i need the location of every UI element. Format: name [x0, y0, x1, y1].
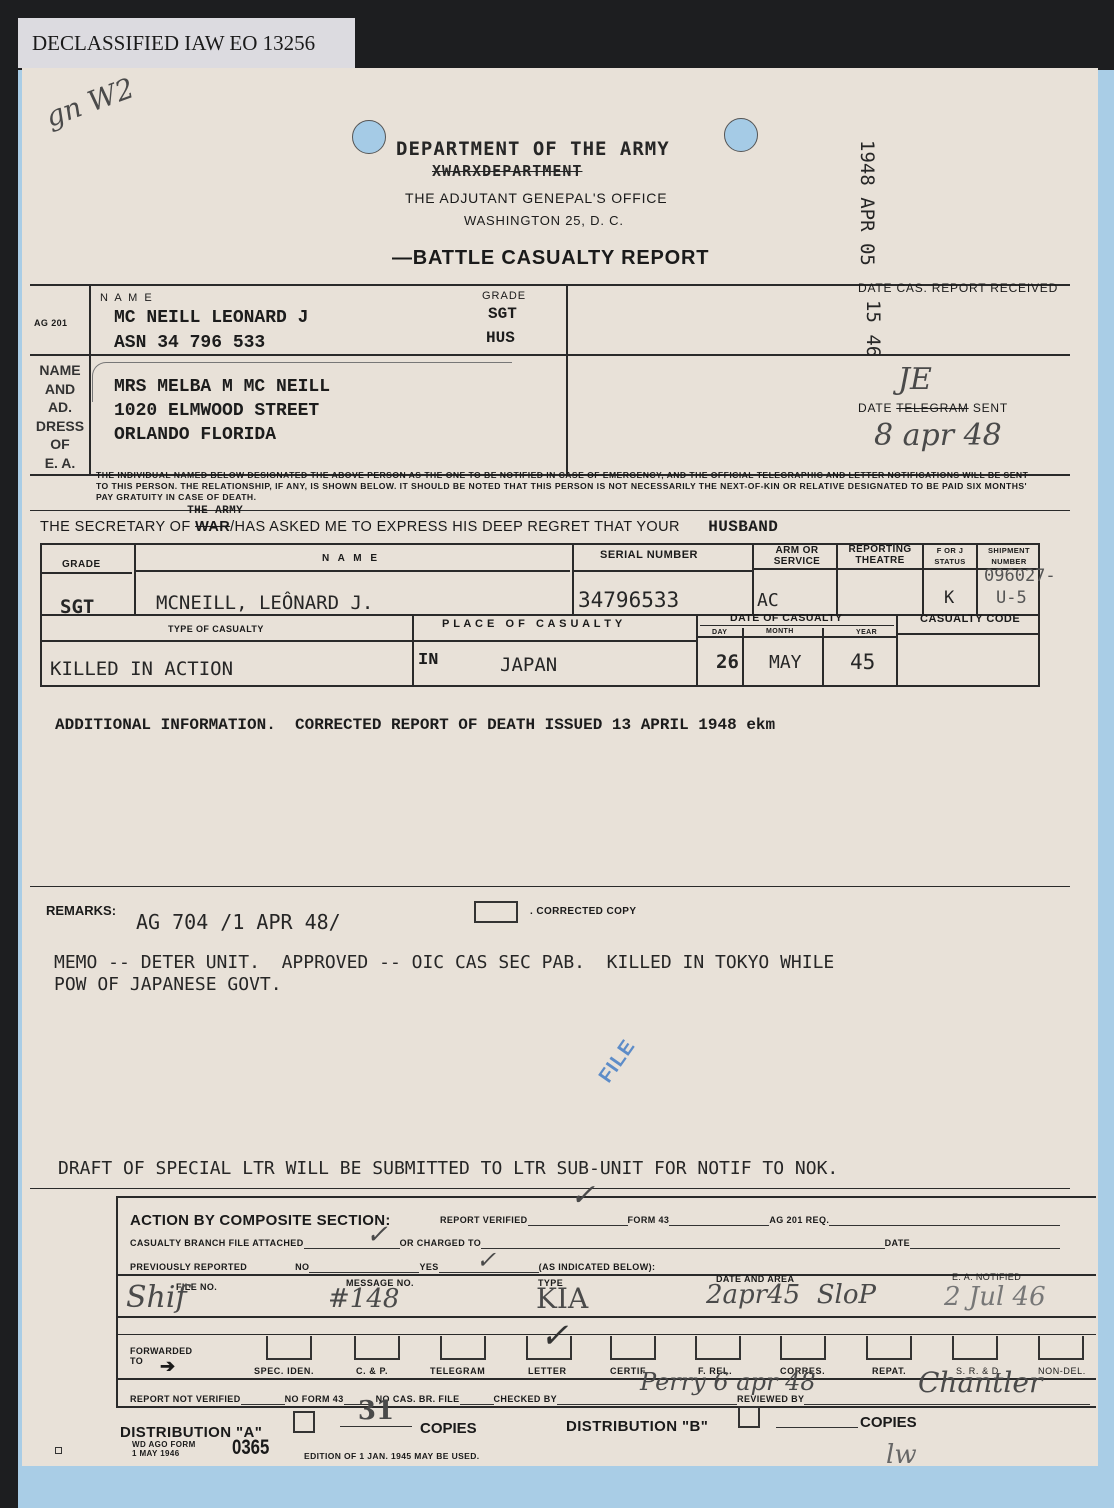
- divider: [118, 1316, 1096, 1318]
- date-received-label: DATE CAS. REPORT RECEIVED: [858, 281, 1058, 295]
- divider: [42, 640, 412, 642]
- value-type: KIA: [536, 1282, 588, 1315]
- divider: [30, 354, 1070, 356]
- row-day: 26: [716, 651, 739, 673]
- arrow-right-icon: ➔: [160, 1356, 175, 1377]
- forward-label: LETTER: [528, 1366, 567, 1376]
- memo-line-1: MEMO -- DETER UNIT. APPROVED -- OIC CAS …: [54, 952, 834, 973]
- distribution-b-checkbox[interactable]: [738, 1406, 760, 1428]
- forward-label: SPEC. IDEN.: [254, 1366, 314, 1376]
- office-city: WASHINGTON 25, D. C.: [464, 213, 624, 228]
- row-shipment-1: 096027-: [984, 566, 1056, 586]
- received-date-stamp: 1948 APR 05: [856, 140, 878, 270]
- header-code: CASUALTY CODE: [920, 613, 1020, 625]
- reviewed-by-signature: Chantler: [918, 1366, 1042, 1399]
- divider: [136, 570, 570, 572]
- distribution-a-checkbox[interactable]: [293, 1411, 315, 1433]
- forward-corres-checkbox[interactable]: [780, 1336, 826, 1360]
- report-title: —BATTLE CASUALTY REPORT: [392, 247, 709, 270]
- header-grade: GRADE: [62, 559, 101, 570]
- date-received-value: 15 46: [862, 300, 884, 390]
- header-status: F OR J STATUS: [924, 545, 976, 567]
- punch-hole-left: [352, 120, 386, 154]
- corrected-copy-checkbox[interactable]: [474, 901, 518, 923]
- memo-line-2: POW OF JAPANESE GOVT.: [54, 974, 282, 995]
- divider: [752, 543, 754, 615]
- row-serial: 34796533: [578, 588, 679, 612]
- row-arm: AC: [757, 590, 779, 611]
- divider: [700, 625, 894, 626]
- header-name: N A M E: [322, 553, 380, 564]
- value-ea-notified: 2 Jul 46: [944, 1282, 1046, 1312]
- name-label: N A M E: [100, 292, 154, 304]
- forward-non-del-checkbox[interactable]: [1038, 1336, 1084, 1360]
- ag-201-label: AG 201: [34, 318, 67, 329]
- file-attached-field: CASUALTY BRANCH FILE ATTACHED OR CHARGED…: [130, 1238, 1060, 1249]
- divider: [30, 510, 1070, 511]
- corner-square-icon: [55, 1447, 62, 1454]
- header-year: YEAR: [856, 627, 877, 638]
- divider: [89, 284, 91, 474]
- form-label: WD AGO FORM 1 MAY 1946: [132, 1440, 196, 1458]
- forward-telegram-checkbox[interactable]: [440, 1336, 486, 1360]
- row-year: 45: [850, 650, 875, 674]
- remarks-ref: AG 704 /1 APR 48/: [136, 910, 341, 934]
- date-telegram-value: 8 apr 48: [874, 418, 1002, 453]
- distribution-a-copies: 31: [340, 1396, 412, 1427]
- forward-repat-checkbox[interactable]: [866, 1336, 912, 1360]
- header-shipment: SHIPMENT NUMBER: [978, 545, 1040, 567]
- divider: [134, 543, 136, 615]
- address-line-city: ORLANDO FLORIDA: [114, 425, 276, 445]
- header-month: MONTH: [766, 626, 794, 637]
- header-arm: ARM OR SERVICE: [762, 545, 832, 567]
- address-line-street: 1020 ELMWOOD STREET: [114, 401, 319, 421]
- divider: [118, 1334, 1096, 1335]
- department-title: DEPARTMENT OF THE ARMY: [396, 138, 670, 160]
- check-mark: ✓: [476, 1246, 496, 1274]
- divider: [566, 284, 568, 474]
- value-date-area: 2apr45 SloP: [706, 1280, 876, 1310]
- regret-line: THE SECRETARY OF WAR THE ARMY /HAS ASKED…: [40, 518, 778, 536]
- header-type: TYPE OF CASUALTY: [168, 624, 264, 635]
- divider: [572, 543, 574, 615]
- distribution-b-copies-label: COPIES: [860, 1414, 917, 1431]
- forward-c-p-checkbox[interactable]: [354, 1336, 400, 1360]
- forward-label: TELEGRAM: [430, 1366, 485, 1376]
- additional-info: ADDITIONAL INFORMATION. CORRECTED REPORT…: [55, 716, 775, 734]
- relation-code: HUS: [486, 329, 515, 347]
- remarks-label: REMARKS:: [46, 903, 116, 918]
- row-place-prefix: IN: [418, 651, 438, 670]
- header-date: DATE OF CASUALTY: [730, 612, 843, 624]
- divider: [696, 614, 698, 687]
- office-title: THE ADJUTANT GENEPAL'S OFFICE: [405, 190, 667, 206]
- header-day: DAY: [712, 627, 727, 638]
- divider: [574, 570, 752, 572]
- distribution-b-copies[interactable]: [776, 1410, 858, 1428]
- action-title: ACTION BY COMPOSITE SECTION:: [130, 1212, 391, 1229]
- soldier-grade: SGT: [488, 305, 517, 323]
- struck-department: XWARXDEPARTMENT: [432, 162, 582, 180]
- checked-by-signature: Perry 6 apr 48: [640, 1368, 816, 1396]
- distribution-a-copies-label: COPIES: [420, 1420, 477, 1437]
- forward-label: REPAT.: [872, 1366, 906, 1376]
- forward-label: C. & P.: [356, 1366, 388, 1376]
- grade-label: GRADE: [482, 290, 526, 302]
- forward-certif-checkbox[interactable]: [610, 1336, 656, 1360]
- forward-label: NON-DEL.: [1038, 1366, 1086, 1376]
- divider: [414, 640, 696, 642]
- row-month: MAY: [769, 652, 802, 673]
- divider: [898, 633, 1040, 635]
- edition-note: EDITION OF 1 JAN. 1945 MAY BE USED.: [304, 1451, 480, 1462]
- declassified-label: DECLASSIFIED IAW EO 13256: [18, 18, 355, 68]
- soldier-asn: ASN 34 796 533: [114, 333, 265, 353]
- address-side-label: NAME AND AD. DRESS OF E. A.: [32, 361, 88, 472]
- forward-spec-iden-checkbox[interactable]: [266, 1336, 312, 1360]
- row-name: MCNEILL, LEÔNARD J.: [156, 592, 373, 614]
- letter-check-mark: ✓: [540, 1316, 569, 1356]
- row-place: JAPAN: [500, 654, 557, 676]
- divider: [896, 614, 898, 687]
- divider: [412, 614, 414, 687]
- footer-initials: lw: [886, 1440, 917, 1470]
- header-serial: SERIAL NUMBER: [600, 549, 698, 561]
- row-shipment-2: U-5: [996, 588, 1027, 608]
- check-mark: ✓: [366, 1220, 388, 1250]
- divider: [40, 614, 1040, 616]
- corrected-copy-label: . CORRECTED COPY: [530, 906, 636, 917]
- divider: [30, 886, 1070, 887]
- value-message-no: #148: [328, 1284, 399, 1314]
- soldier-name: MC NEILL LEONARD J: [114, 308, 308, 328]
- divider: [30, 1188, 1070, 1189]
- distribution-b-label: DISTRIBUTION "B": [566, 1418, 708, 1435]
- previously-reported-field: PREVIOUSLY REPORTED NO YES (AS INDICATED…: [130, 1262, 730, 1273]
- row-grade: SGT: [60, 596, 94, 618]
- draft-line: DRAFT OF SPECIAL LTR WILL BE SUBMITTED T…: [58, 1158, 838, 1179]
- header-place: P L A C E O F C A S U A L T Y: [442, 618, 623, 630]
- report-verified-field: REPORT VERIFIED FORM 43 AG 201 REQ.: [440, 1215, 1060, 1226]
- row-status: K: [944, 588, 954, 608]
- header-theatre: REPORTING THEATRE: [838, 544, 922, 566]
- divider: [40, 572, 132, 574]
- address-line-name: MRS MELBA M MC NEILL: [114, 377, 330, 397]
- forward-srd-checkbox[interactable]: [952, 1336, 998, 1360]
- notice-text: THE INDIVIDUAL NAMED BELOW DESIGNATED TH…: [96, 470, 1040, 503]
- check-mark: ✓: [570, 1178, 595, 1213]
- divider: [118, 1274, 1096, 1276]
- value-file-no: Shif: [126, 1280, 187, 1315]
- punch-hole-right: [724, 118, 758, 152]
- forward-f-rel-checkbox[interactable]: [695, 1336, 741, 1360]
- date-telegram-label: DATE TELEGRAM SENT: [858, 401, 1008, 415]
- row-type: KILLED IN ACTION: [50, 658, 233, 680]
- form-number: 0365: [232, 1436, 269, 1460]
- telegram-initials: JE: [898, 362, 932, 397]
